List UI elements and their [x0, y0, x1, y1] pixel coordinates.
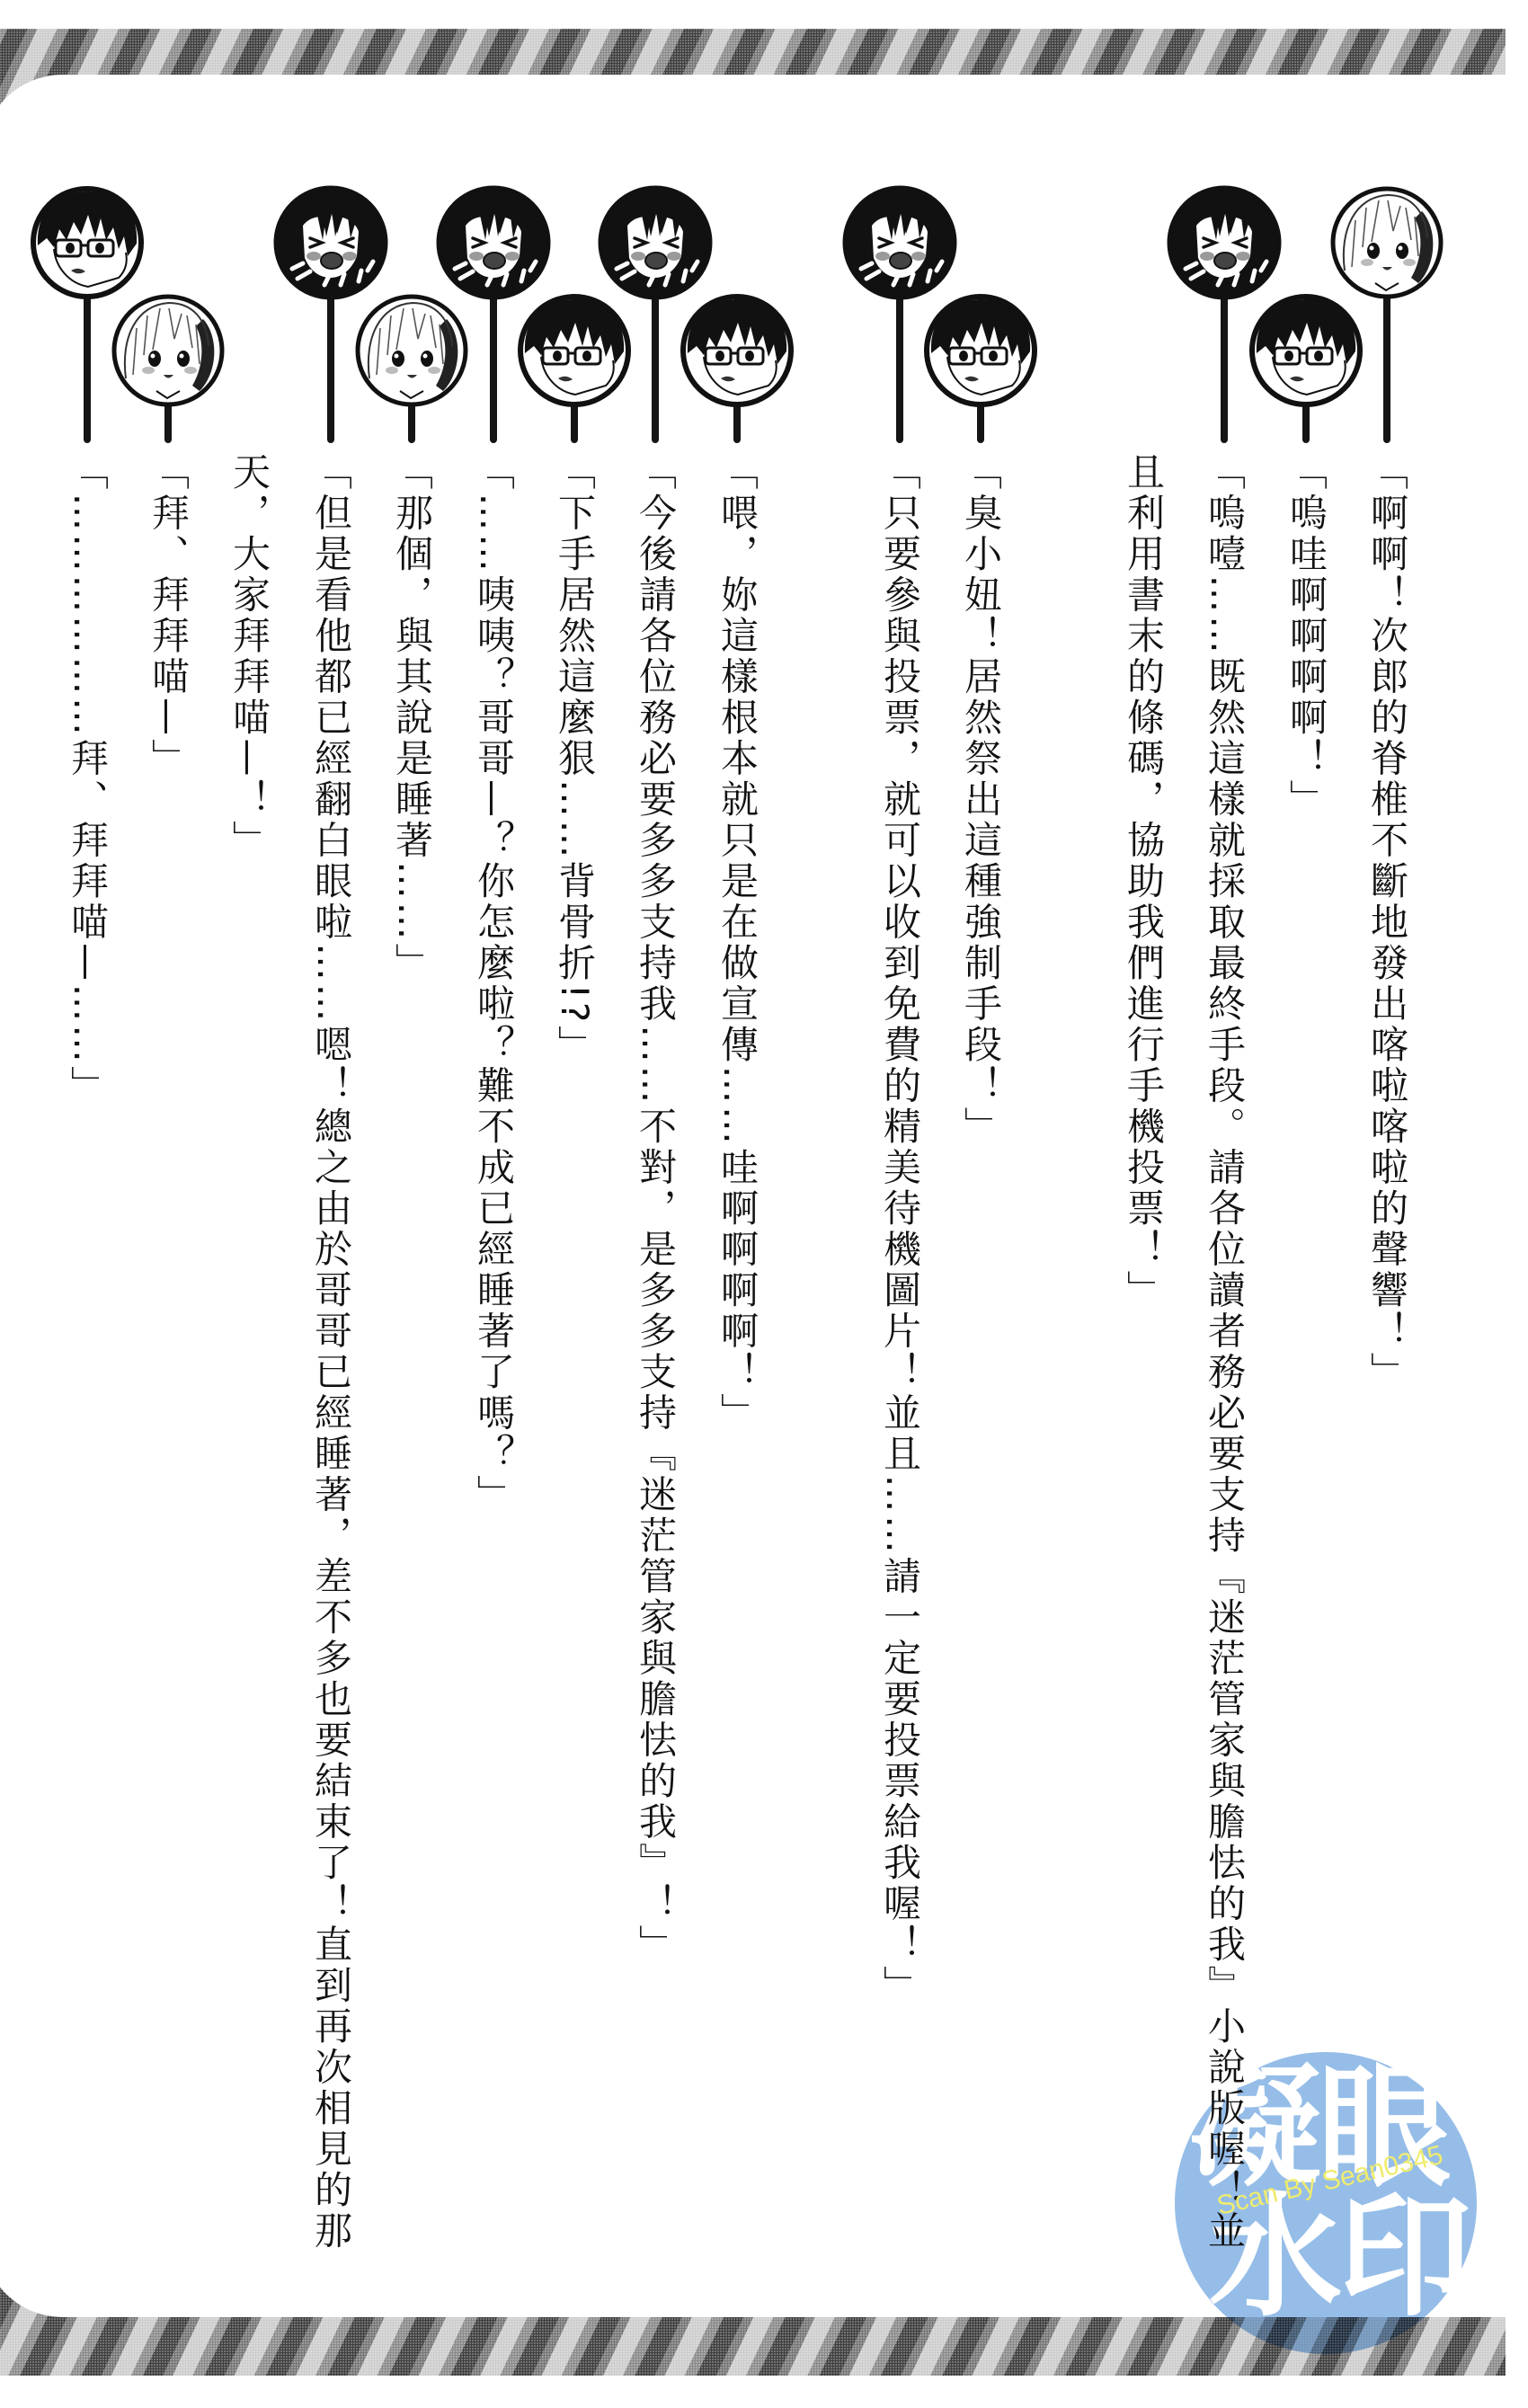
glasses-boy-avatar-icon	[1248, 292, 1364, 409]
dark-haired-girl-avatar-icon	[435, 184, 552, 301]
avatar-glasses-boy	[1248, 292, 1364, 409]
avatar-glasses-boy	[29, 184, 146, 301]
avatar-dark-haired-girl	[841, 184, 958, 301]
avatar-blonde-girl	[353, 292, 470, 409]
dialogue-line: 「臭小妞！居然祭出這種強制手段！」	[960, 452, 1001, 1148]
glasses-boy-avatar-icon	[679, 292, 795, 409]
avatar-dark-haired-girl	[272, 184, 389, 301]
dialogue-line-continuation: 且利用書末的條碼，協助我們進行手機投票！」	[1123, 452, 1164, 1311]
avatar-dark-haired-girl	[597, 184, 714, 301]
avatar-stick	[490, 295, 497, 443]
avatar-glasses-boy	[679, 292, 795, 409]
dark-haired-girl-avatar-icon	[597, 184, 714, 301]
avatar-stick	[84, 295, 91, 443]
dialogue-line: 「那個，與其說是睡著……」	[391, 452, 432, 984]
avatar-stick	[896, 295, 903, 443]
glasses-boy-avatar-icon	[516, 292, 633, 409]
dialogue-line: 「啊啊！次郎的脊椎不斷地發出喀啦喀啦的聲響！」	[1366, 452, 1408, 1393]
glasses-boy-avatar-icon	[29, 184, 146, 301]
avatar-blonde-girl	[1328, 184, 1445, 301]
avatar-dark-haired-girl	[435, 184, 552, 301]
dialogue-line: 「嗚哇啊啊啊啊！」	[1285, 452, 1327, 821]
dialogue-line: 「………………拜、拜拜喵—……」	[67, 452, 108, 1106]
page-content-area	[0, 75, 1528, 2317]
blonde-girl-avatar-icon	[110, 292, 227, 409]
dialogue-line: 「……咦咦？哥哥—？你怎麼啦？難不成已經睡著了嗎？」	[473, 452, 514, 1515]
dialogue-line: 「下手居然這麼狠……背骨折!?」	[554, 452, 595, 1066]
avatar-dark-haired-girl	[1166, 184, 1283, 301]
dialogue-line: 「只要參與投票，就可以收到免費的精美待機圖片！並且……請一定要投票給我喔！」	[879, 452, 920, 2006]
avatar-glasses-boy	[516, 292, 633, 409]
avatar-stick	[652, 295, 659, 443]
avatar-stick	[1221, 295, 1228, 443]
glasses-boy-avatar-icon	[922, 292, 1039, 409]
dark-haired-girl-avatar-icon	[1166, 184, 1283, 301]
avatar-blonde-girl	[110, 292, 227, 409]
avatar-stick	[327, 295, 334, 443]
dialogue-line: 「但是看他都已經翻白眼啦……嗯！總之由於哥哥已經睡著，差不多也要結束了！直到再次…	[310, 452, 351, 2252]
dialogue-line: 「拜、拜拜喵—」	[147, 452, 189, 779]
avatar-stick	[1383, 295, 1390, 443]
avatar-glasses-boy	[922, 292, 1039, 409]
dark-haired-girl-avatar-icon	[841, 184, 958, 301]
dialogue-line-continuation: 天，大家拜拜喵—！」	[228, 452, 270, 861]
blonde-girl-avatar-icon	[1328, 184, 1445, 301]
dialogue-line: 「喂，妳這樣根本就只是在做宣傳……哇啊啊啊啊！」	[716, 452, 758, 1434]
dialogue-line: 「嗚噎……既然這樣就採取最終手段。請各位讀者務必要支持『迷茫管家與膽怯的我』小說…	[1204, 452, 1245, 2252]
blonde-girl-avatar-icon	[353, 292, 470, 409]
dialogue-line: 「今後請各位務必要多多支持我……不對，是多多支持『迷茫管家與膽怯的我』！」	[635, 452, 676, 1966]
dark-haired-girl-avatar-icon	[272, 184, 389, 301]
